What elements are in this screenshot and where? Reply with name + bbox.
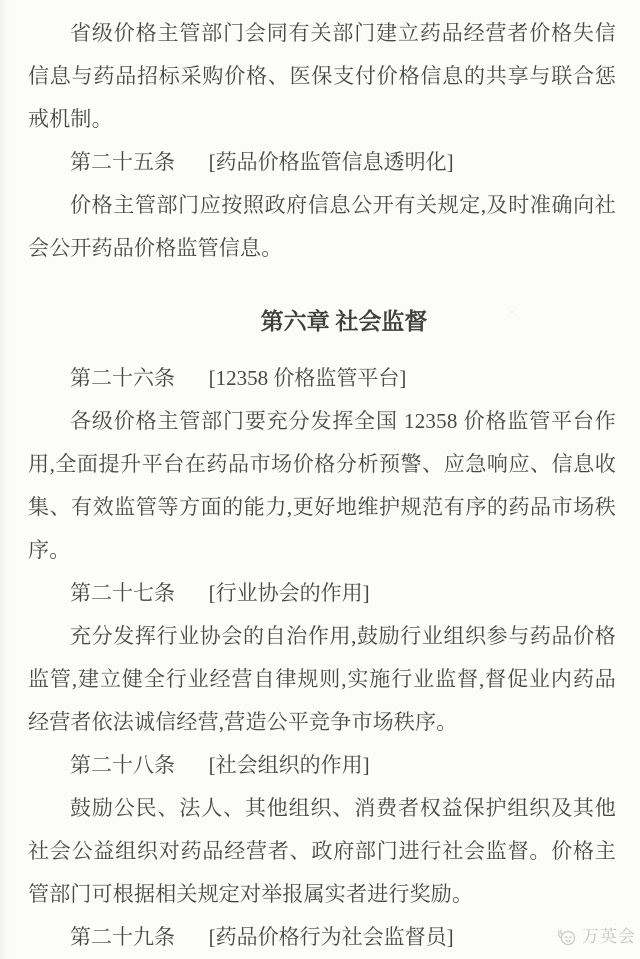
article-number: 第二十九条 xyxy=(70,925,175,949)
article-heading: 第二十六条[12358 价格监管平台] xyxy=(28,357,616,400)
article-heading: 第二十八条[社会组织的作用] xyxy=(28,744,616,787)
watermark-text: 万英会 xyxy=(582,927,636,947)
watermark: 万英会 xyxy=(555,927,636,947)
article-title: [社会组织的作用] xyxy=(209,753,370,777)
article-number: 第二十五条 xyxy=(70,150,175,174)
article-heading: 第二十七条[行业协会的作用] xyxy=(28,572,616,615)
article-number: 第二十八条 xyxy=(70,753,175,777)
paragraph: 鼓励公民、法人、其他组织、消费者权益保护组织及其他社会公益组织对药品经营者、政府… xyxy=(28,787,616,916)
chapter-heading: 第六章 社会监督 xyxy=(50,300,638,343)
article-title: [药品价格行为社会监督员] xyxy=(209,925,454,949)
article-number: 第二十七条 xyxy=(70,581,175,605)
article-heading: 第二十九条[药品价格行为社会监督员] xyxy=(28,916,616,959)
article-title: [行业协会的作用] xyxy=(209,581,370,605)
paragraph: 价格主管部门应按照政府信息公开有关规定,及时准确向社会公开药品价格监管信息。 xyxy=(28,184,616,270)
paragraph: 充分发挥行业协会的自治作用,鼓励行业组织参与药品价格监管,建立健全行业经营自律规… xyxy=(28,615,616,744)
wanyinghui-logo-icon xyxy=(555,927,579,947)
paragraph: 各级价格主管部门要充分发挥全国 12358 价格监管平台作用,全面提升平台在药品… xyxy=(28,400,616,572)
article-heading: 第二十五条[药品价格监管信息透明化] xyxy=(28,141,616,184)
article-title: [药品价格监管信息透明化] xyxy=(209,150,454,174)
document-page: 省级价格主管部门会同有关部门建立药品经营者价格失信信息与药品招标采购价格、医保支… xyxy=(0,0,640,959)
article-number: 第二十六条 xyxy=(70,366,175,390)
paragraph: 省级价格主管部门会同有关部门建立药品经营者价格失信信息与药品招标采购价格、医保支… xyxy=(28,12,616,141)
article-title: [12358 价格监管平台] xyxy=(209,366,407,390)
